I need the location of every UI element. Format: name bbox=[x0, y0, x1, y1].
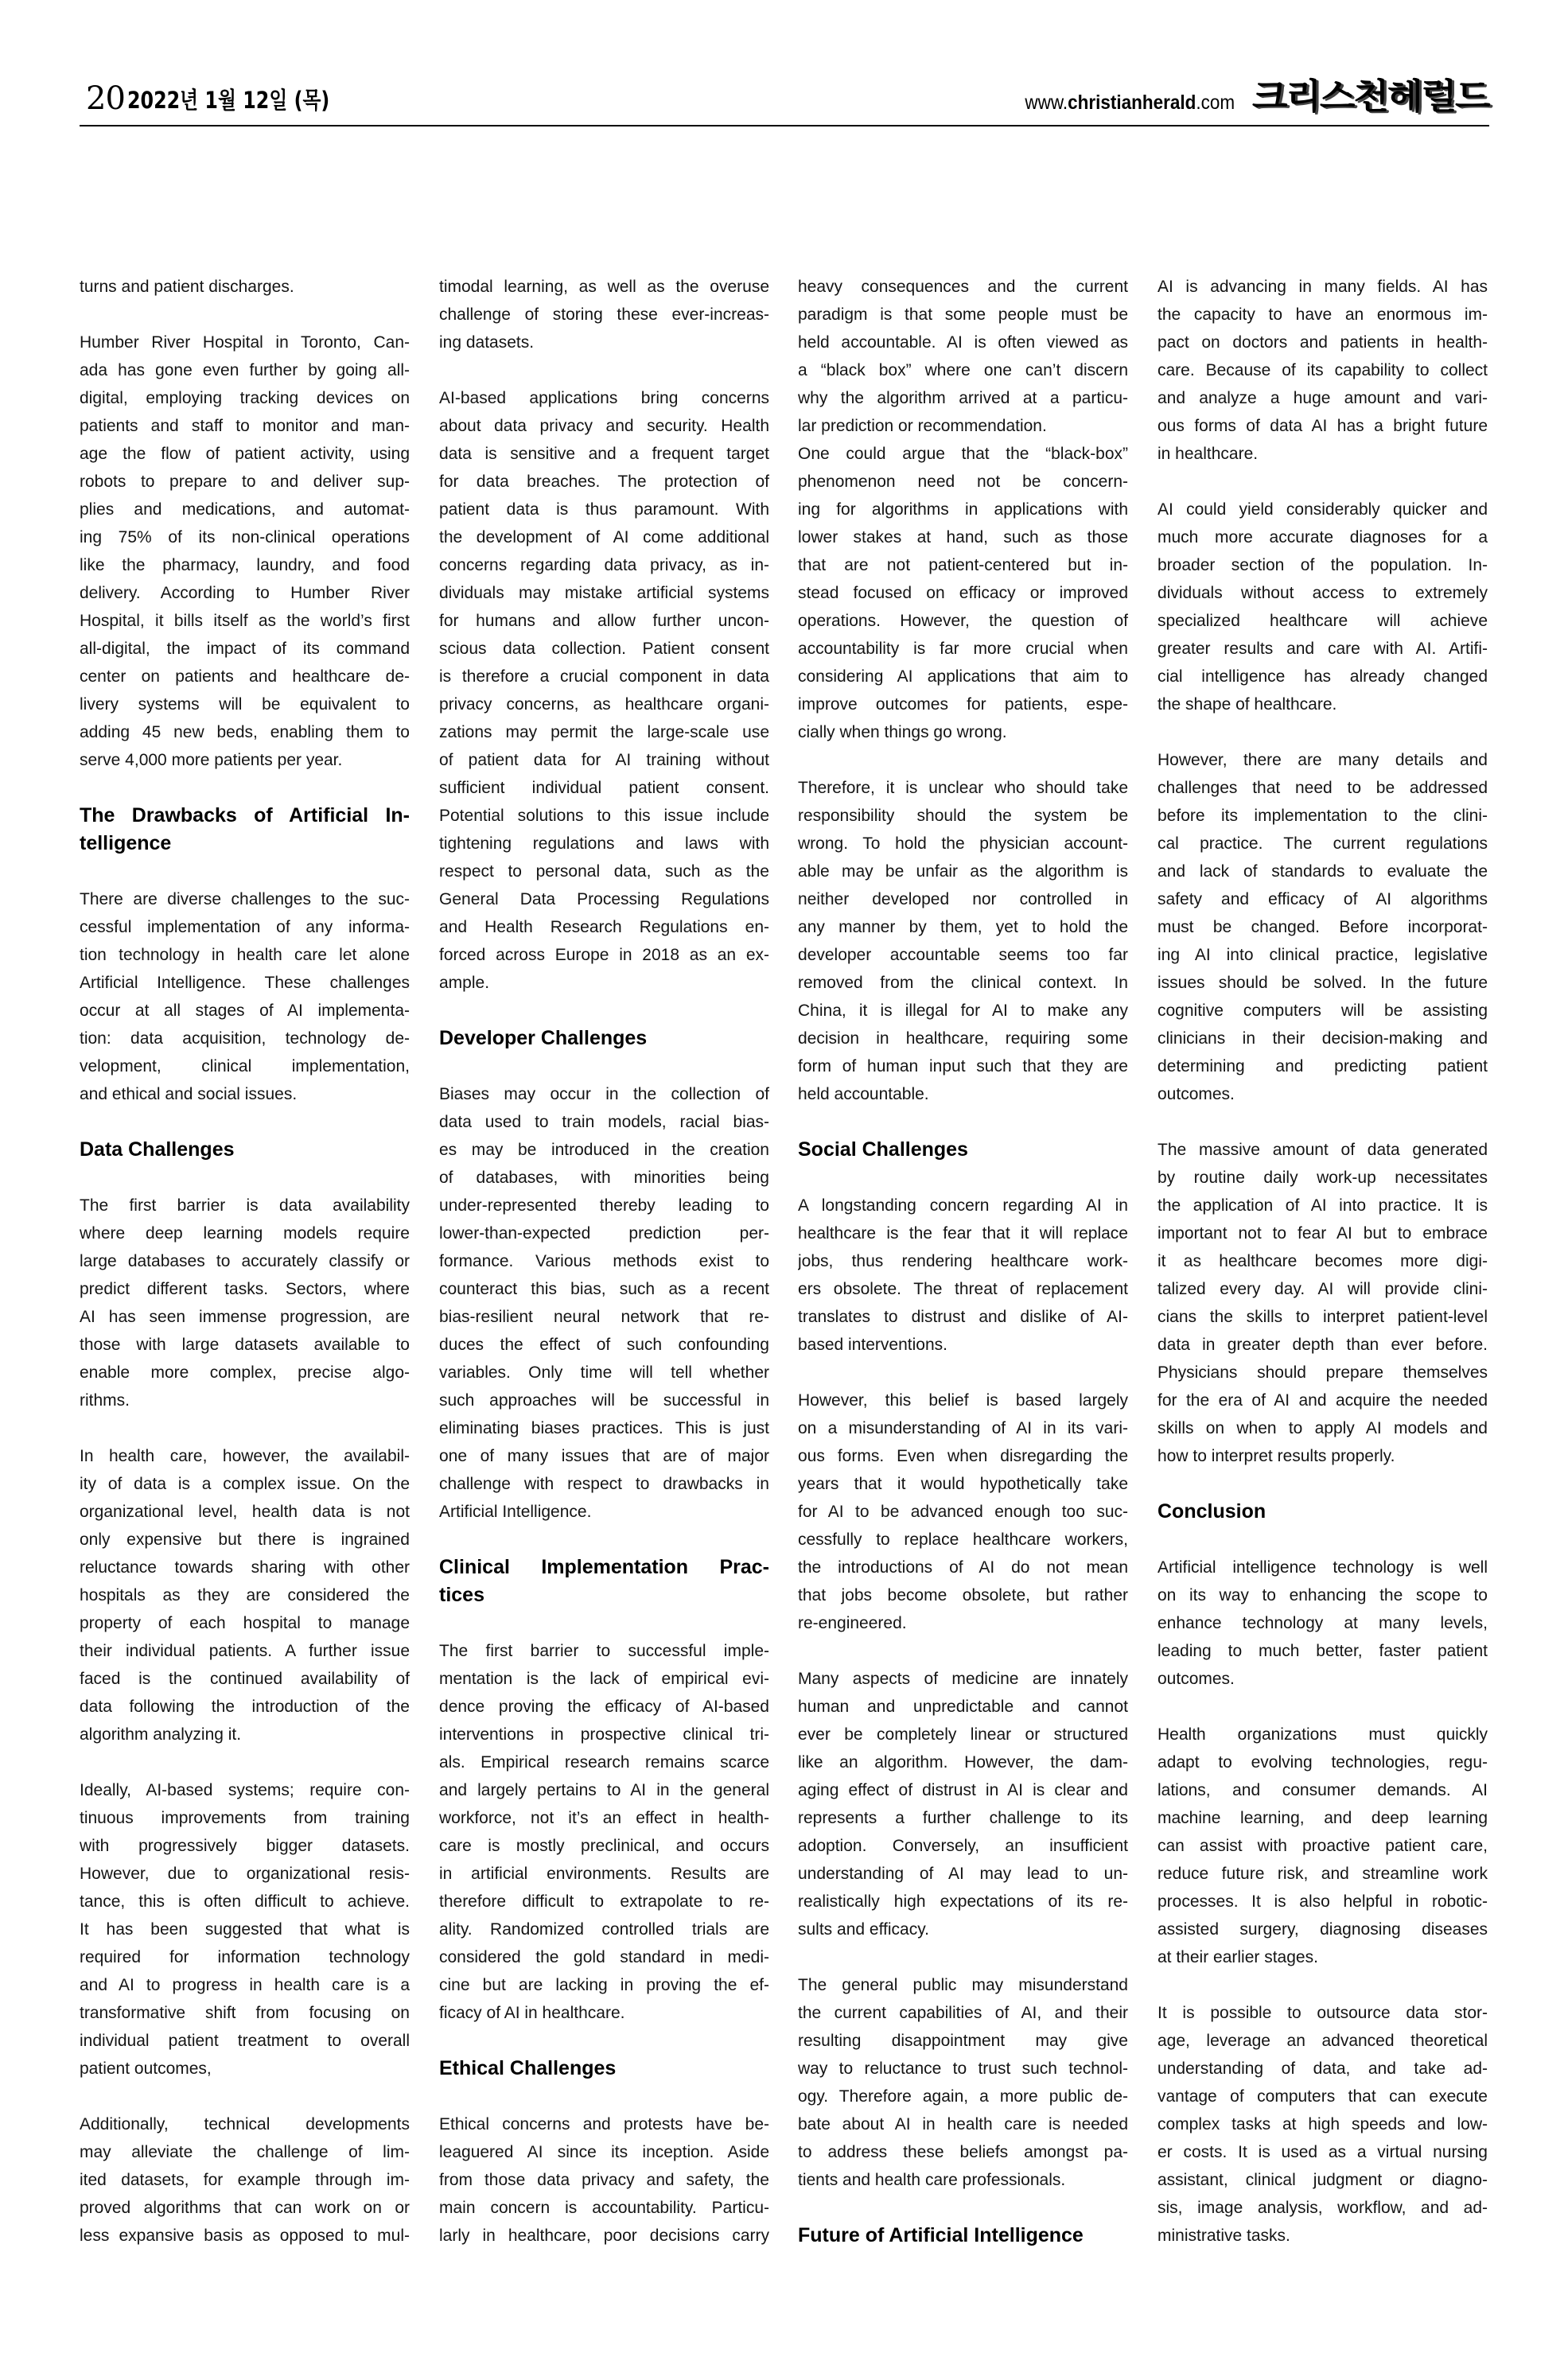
text-line: zations may permit the large-scale use bbox=[439, 718, 769, 746]
text-line: broader section of the population. In- bbox=[1158, 551, 1488, 579]
text-line: able may be unfair as the algorithm is bbox=[798, 858, 1128, 885]
text-line: The general public may misunderstand bbox=[798, 1971, 1128, 1999]
text-line: However, this belief is based largely bbox=[798, 1387, 1128, 1414]
text-line: must be changed. Before incorporat- bbox=[1158, 913, 1488, 941]
text-line: The first barrier to successful imple- bbox=[439, 1637, 769, 1665]
text-line: on its way to enhancing the scope to bbox=[1158, 1581, 1488, 1609]
paragraph-gap bbox=[798, 2194, 1128, 2222]
text-line: Humber River Hospital in Toronto, Can- bbox=[80, 329, 410, 356]
text-line: data following the introduction of the bbox=[80, 1693, 410, 1721]
text-line: Ideally, AI-based systems; require con- bbox=[80, 1776, 410, 1804]
text-line: center on patients and healthcare de- bbox=[80, 663, 410, 690]
text-line: decision in healthcare, requiring some bbox=[798, 1025, 1128, 1052]
text-line: tance, this is often difficult to achiev… bbox=[80, 1888, 410, 1916]
text-line: ers obsolete. The threat of replacement bbox=[798, 1275, 1128, 1303]
text-line: There are diverse challenges to the suc- bbox=[80, 885, 410, 913]
paragraph-gap bbox=[1158, 468, 1488, 496]
text-line: Future of Artificial Intelligence bbox=[798, 2222, 1128, 2250]
text-line: how to interpret results properly. bbox=[1158, 1442, 1488, 1470]
text-line: Conclusion bbox=[1158, 1498, 1488, 1526]
text-line: one of many issues that are of major bbox=[439, 1442, 769, 1470]
text-line: ever be completely linear or structured bbox=[798, 1721, 1128, 1748]
paragraph: Biases may occur in the collection ofdat… bbox=[439, 1080, 769, 1526]
text-line: Therefore, it is unclear who should take bbox=[798, 774, 1128, 802]
section-heading: Social Challenges bbox=[798, 1136, 1128, 1164]
text-line: tices bbox=[439, 1581, 769, 1609]
paragraph: heavy consequences and the currentparadi… bbox=[798, 273, 1128, 440]
text-line: cal practice. The current regulations bbox=[1158, 830, 1488, 858]
text-line: like an algorithm. However, the dam- bbox=[798, 1748, 1128, 1776]
issue-date: 2022년 1월 12일 (목) bbox=[127, 86, 329, 115]
paragraph-gap bbox=[1158, 1108, 1488, 1136]
text-line: at their earlier stages. bbox=[1158, 1943, 1488, 1971]
text-line: aging effect of distrust in AI is clear … bbox=[798, 1776, 1128, 1804]
text-line: ality. Randomized controlled trials are bbox=[439, 1916, 769, 1943]
text-line: for AI to be advanced enough too suc- bbox=[798, 1498, 1128, 1526]
text-line: leaguered AI since its inception. Aside bbox=[439, 2138, 769, 2166]
paragraph: In health care, however, the availabil-i… bbox=[80, 1442, 410, 1748]
text-line: livery systems will be equivalent to bbox=[80, 690, 410, 718]
text-line: sis, image analysis, workflow, and ad- bbox=[1158, 2194, 1488, 2222]
text-line: proved algorithms that can work on or bbox=[80, 2194, 410, 2222]
text-line: understanding of AI may lead to un- bbox=[798, 1860, 1128, 1888]
section-heading: Data Challenges bbox=[80, 1136, 410, 1164]
text-line: Health organizations must quickly bbox=[1158, 1721, 1488, 1748]
paragraph: Ethical concerns and protests have be-le… bbox=[439, 2110, 769, 2250]
text-line: considering AI applications that aim to bbox=[798, 663, 1128, 690]
text-line: dence proving the efficacy of AI-based bbox=[439, 1693, 769, 1721]
text-line: those with large datasets available to bbox=[80, 1331, 410, 1359]
website-domain: christianherald bbox=[1068, 91, 1196, 114]
text-line: improve outcomes for patients, espe- bbox=[798, 690, 1128, 718]
paragraph: The general public may misunderstandthe … bbox=[798, 1971, 1128, 2194]
text-line: resulting disappointment may give bbox=[798, 2027, 1128, 2055]
text-line: data in greater depth than ever before. bbox=[1158, 1331, 1488, 1359]
paragraph: The first barrier to successful imple-me… bbox=[439, 1637, 769, 2027]
text-line: ous forms of data AI has a bright future bbox=[1158, 412, 1488, 440]
text-line: can assist with proactive patient care, bbox=[1158, 1832, 1488, 1860]
paragraph-gap bbox=[439, 2083, 769, 2110]
text-line: The massive amount of data generated bbox=[1158, 1136, 1488, 1164]
text-line: vantage of computers that can execute bbox=[1158, 2083, 1488, 2110]
text-line: property of each hospital to manage bbox=[80, 1609, 410, 1637]
text-line: ada has gone even further by going all- bbox=[80, 356, 410, 384]
text-line: the shape of healthcare. bbox=[1158, 690, 1488, 718]
text-line: enhance technology at many levels, bbox=[1158, 1609, 1488, 1637]
paragraph-gap bbox=[439, 1526, 769, 1554]
text-line: A longstanding concern regarding AI in bbox=[798, 1192, 1128, 1219]
text-line: required for information technology bbox=[80, 1943, 410, 1971]
paragraph-gap bbox=[798, 1359, 1128, 1387]
text-line: It has been suggested that what is bbox=[80, 1916, 410, 1943]
text-line: and AI to progress in health care is a bbox=[80, 1971, 410, 1999]
text-line: robots to prepare to and deliver sup- bbox=[80, 468, 410, 496]
text-line: cians the skills to interpret patient-le… bbox=[1158, 1303, 1488, 1331]
text-line: translates to distrust and dislike of AI… bbox=[798, 1303, 1128, 1331]
text-line: tightening regulations and laws with bbox=[439, 830, 769, 858]
text-line: challenge with respect to drawbacks in bbox=[439, 1470, 769, 1498]
text-line: for humans and allow further uncon- bbox=[439, 607, 769, 635]
text-line: cine but are lacking in proving the ef- bbox=[439, 1971, 769, 1999]
paragraph: However, this belief is based largelyon … bbox=[798, 1387, 1128, 1637]
text-line: issues should be solved. In the future bbox=[1158, 969, 1488, 997]
text-line: the development of AI come additional bbox=[439, 523, 769, 551]
paragraph-gap bbox=[439, 1609, 769, 1637]
text-line: tinuous improvements from training bbox=[80, 1804, 410, 1832]
text-line: healthcare is the fear that it will repl… bbox=[798, 1219, 1128, 1247]
text-line: understanding of data, and take ad- bbox=[1158, 2055, 1488, 2083]
text-line: AI-based applications bring concerns bbox=[439, 384, 769, 412]
paragraph-gap bbox=[80, 1414, 410, 1442]
text-line: ample. bbox=[439, 969, 769, 997]
text-line: is therefore a crucial component in data bbox=[439, 663, 769, 690]
paragraph: AI is advancing in many fields. AI hasth… bbox=[1158, 273, 1488, 468]
text-line: ing 75% of its non-clinical operations bbox=[80, 523, 410, 551]
text-line: phenomenon need not be concern- bbox=[798, 468, 1128, 496]
text-line: rithms. bbox=[80, 1387, 410, 1414]
text-line: plies and medications, and automat- bbox=[80, 496, 410, 523]
text-line: pact on doctors and patients in health- bbox=[1158, 329, 1488, 356]
text-line: talized every day. AI will provide clini… bbox=[1158, 1275, 1488, 1303]
text-line: jobs, thus rendering healthcare work- bbox=[798, 1247, 1128, 1275]
text-line: privacy concerns, as healthcare organi- bbox=[439, 690, 769, 718]
text-line: challenges that need to be addressed bbox=[1158, 774, 1488, 802]
paragraph: AI could yield considerably quicker andm… bbox=[1158, 496, 1488, 718]
text-line: enable more complex, precise algo- bbox=[80, 1359, 410, 1387]
text-line: forced across Europe in 2018 as an ex- bbox=[439, 941, 769, 969]
text-line: sults and efficacy. bbox=[798, 1916, 1128, 1943]
text-line: AI is advancing in many fields. AI has bbox=[1158, 273, 1488, 301]
text-line: on a misunderstanding of AI in its vari- bbox=[798, 1414, 1128, 1442]
newspaper-logo: 크리스천헤럴드 bbox=[1252, 76, 1489, 118]
paragraph: Many aspects of medicine are innatelyhum… bbox=[798, 1665, 1128, 1943]
text-line: and lack of standards to evaluate the bbox=[1158, 858, 1488, 885]
paragraph-gap bbox=[80, 2083, 410, 2110]
text-line: and ethical and social issues. bbox=[80, 1080, 410, 1108]
text-line: adapt to evolving technologies, regu- bbox=[1158, 1748, 1488, 1776]
text-line: specialized healthcare will achieve bbox=[1158, 607, 1488, 635]
text-line: clinicians in their decision-making and bbox=[1158, 1025, 1488, 1052]
text-line: the current capabilities of AI, and thei… bbox=[798, 1999, 1128, 2027]
text-line: developer accountable seems too far bbox=[798, 941, 1128, 969]
page-header: 20 2022년 1월 12일 (목) www.christianherald.… bbox=[80, 76, 1489, 126]
text-line: als. Empirical research remains scarce bbox=[439, 1748, 769, 1776]
text-line: ing for algorithms in applications with bbox=[798, 496, 1128, 523]
text-line: and analyze a huge amount and vari- bbox=[1158, 384, 1488, 412]
text-line: patient data is thus paramount. With bbox=[439, 496, 769, 523]
text-line: counteract this bias, such as a recent bbox=[439, 1275, 769, 1303]
text-line: age the flow of patient activity, using bbox=[80, 440, 410, 468]
text-line: age, leverage an advanced theoretical bbox=[1158, 2027, 1488, 2055]
text-line: data is sensitive and a frequent target bbox=[439, 440, 769, 468]
text-line: patients and staff to monitor and man- bbox=[80, 412, 410, 440]
text-line: interventions in prospective clinical tr… bbox=[439, 1721, 769, 1748]
text-line: One could argue that the “black-box” bbox=[798, 440, 1128, 468]
text-line: with progressively bigger datasets. bbox=[80, 1832, 410, 1860]
text-line: to address these beliefs amongst pa- bbox=[798, 2138, 1128, 2166]
text-line: larly in healthcare, poor decisions carr… bbox=[439, 2222, 769, 2250]
paragraph-gap bbox=[1158, 1971, 1488, 1999]
paragraph-gap bbox=[80, 1108, 410, 1136]
paragraph-gap bbox=[439, 1052, 769, 1080]
text-line: dividuals may mistake artificial systems bbox=[439, 579, 769, 607]
text-line: individual patient treatment to overall bbox=[80, 2027, 410, 2055]
text-line: Many aspects of medicine are innately bbox=[798, 1665, 1128, 1693]
website-prefix: www. bbox=[1025, 91, 1068, 114]
text-line: heavy consequences and the current bbox=[798, 273, 1128, 301]
text-line: delivery. According to Humber River bbox=[80, 579, 410, 607]
text-line: ministrative tasks. bbox=[1158, 2222, 1488, 2250]
paragraph-gap bbox=[798, 1637, 1128, 1665]
text-line: eliminating biases practices. This is ju… bbox=[439, 1414, 769, 1442]
text-line: important not to fear AI but to embrace bbox=[1158, 1219, 1488, 1247]
text-line: However, there are many details and bbox=[1158, 746, 1488, 774]
text-line: Physicians should prepare themselves bbox=[1158, 1359, 1488, 1387]
paragraph-gap bbox=[80, 1164, 410, 1192]
paragraph: A longstanding concern regarding AI inhe… bbox=[798, 1192, 1128, 1359]
text-line: assisted surgery, diagnosing diseases bbox=[1158, 1916, 1488, 1943]
text-line: held accountable. bbox=[798, 1080, 1128, 1108]
text-line: AI could yield considerably quicker and bbox=[1158, 496, 1488, 523]
text-line: the capacity to have an enormous im- bbox=[1158, 301, 1488, 329]
text-line: velopment, clinical implementation, bbox=[80, 1052, 410, 1080]
text-line: ficacy of AI in healthcare. bbox=[439, 1999, 769, 2027]
paragraph: Ideally, AI-based systems; require con-t… bbox=[80, 1776, 410, 2083]
text-line: tients and health care professionals. bbox=[798, 2166, 1128, 2194]
text-line: wrong. To hold the physician account- bbox=[798, 830, 1128, 858]
section-heading: Clinical Implementation Prac-tices bbox=[439, 1554, 769, 1609]
text-line: er costs. It is used as a virtual nursin… bbox=[1158, 2138, 1488, 2166]
article-column-1: turns and patient discharges.Humber Rive… bbox=[80, 273, 410, 2250]
text-line: form of human input such that they are bbox=[798, 1052, 1128, 1080]
text-line: by routine daily work-up necessitates bbox=[1158, 1164, 1488, 1192]
text-line: skills on when to apply AI models and bbox=[1158, 1414, 1488, 1442]
text-line: AI has seen immense progression, are bbox=[80, 1303, 410, 1331]
text-line: reluctance towards sharing with other bbox=[80, 1554, 410, 1581]
text-line: Ethical concerns and protests have be- bbox=[439, 2110, 769, 2138]
text-line: re-engineered. bbox=[798, 1609, 1128, 1637]
text-line: bias-resilient neural network that re- bbox=[439, 1303, 769, 1331]
text-line: human and unpredictable and cannot bbox=[798, 1693, 1128, 1721]
paragraph: Humber River Hospital in Toronto, Can-ad… bbox=[80, 329, 410, 774]
paragraph: turns and patient discharges. bbox=[80, 273, 410, 301]
text-line: Developer Challenges bbox=[439, 1025, 769, 1052]
text-line: However, due to organizational resis- bbox=[80, 1860, 410, 1888]
text-line: large databases to accurately classify o… bbox=[80, 1247, 410, 1275]
paragraph: One could argue that the “black-box”phen… bbox=[798, 440, 1128, 746]
text-line: Social Challenges bbox=[798, 1136, 1128, 1164]
text-line: formance. Various methods exist to bbox=[439, 1247, 769, 1275]
text-line: a “black box” where one can’t discern bbox=[798, 356, 1128, 384]
text-line: accountability is far more crucial when bbox=[798, 635, 1128, 663]
paragraph: It is possible to outsource data stor-ag… bbox=[1158, 1999, 1488, 2250]
text-line: removed from the clinical context. In bbox=[798, 969, 1128, 997]
article-column-4: AI is advancing in many fields. AI hasth… bbox=[1158, 273, 1488, 2250]
paragraph: Artificial intelligence technology is we… bbox=[1158, 1554, 1488, 1693]
text-line: represents a further challenge to its bbox=[798, 1804, 1128, 1832]
paragraph: Health organizations must quicklyadapt t… bbox=[1158, 1721, 1488, 1971]
paragraph: The massive amount of data generatedby r… bbox=[1158, 1136, 1488, 1470]
paragraph-gap bbox=[439, 2027, 769, 2055]
paragraph-gap bbox=[439, 356, 769, 384]
text-line: responsibility should the system be bbox=[798, 802, 1128, 830]
text-line: adding 45 new beds, enabling them to bbox=[80, 718, 410, 746]
paragraph-gap bbox=[1158, 718, 1488, 746]
text-line: much more accurate diagnoses for a bbox=[1158, 523, 1488, 551]
text-line: stead focused on efficacy or improved bbox=[798, 579, 1128, 607]
text-line: General Data Processing Regulations bbox=[439, 885, 769, 913]
text-line: ogy. Therefore again, a more public de- bbox=[798, 2083, 1128, 2110]
article-column-2: timodal learning, as well as the overuse… bbox=[439, 273, 769, 2250]
text-line: Hospital, it bills itself as the world’s… bbox=[80, 607, 410, 635]
text-line: cessfully to replace healthcare workers, bbox=[798, 1526, 1128, 1554]
text-line: serve 4,000 more patients per year. bbox=[80, 746, 410, 774]
text-line: data used to train models, racial bias- bbox=[439, 1108, 769, 1136]
text-line: ing datasets. bbox=[439, 329, 769, 356]
text-line: care. Because of its capability to colle… bbox=[1158, 356, 1488, 384]
text-line: care is mostly preclinical, and occurs bbox=[439, 1832, 769, 1860]
text-line: lower stakes at hand, such as those bbox=[798, 523, 1128, 551]
section-heading: Developer Challenges bbox=[439, 1025, 769, 1052]
text-line: Ethical Challenges bbox=[439, 2055, 769, 2083]
website-suffix: .com bbox=[1196, 91, 1235, 114]
text-line: lar prediction or recommendation. bbox=[798, 412, 1128, 440]
text-line: predict different tasks. Sectors, where bbox=[80, 1275, 410, 1303]
text-line: processes. It is also helpful in robotic… bbox=[1158, 1888, 1488, 1916]
article-column-3: heavy consequences and the currentparadi… bbox=[798, 273, 1128, 2250]
text-line: challenge of storing these ever-increas- bbox=[439, 301, 769, 329]
text-line: cial intelligence has already changed bbox=[1158, 663, 1488, 690]
text-line: where deep learning models require bbox=[80, 1219, 410, 1247]
paragraph-gap bbox=[80, 301, 410, 329]
paragraph-gap bbox=[798, 1164, 1128, 1192]
text-line: cially when things go wrong. bbox=[798, 718, 1128, 746]
text-line: Clinical Implementation Prac- bbox=[439, 1554, 769, 1581]
text-line: workforce, not it’s an effect in health- bbox=[439, 1804, 769, 1832]
text-line: of patient data for AI training without bbox=[439, 746, 769, 774]
text-line: lations, and consumer demands. AI bbox=[1158, 1776, 1488, 1804]
text-line: leading to much better, faster patient bbox=[1158, 1637, 1488, 1665]
text-line: tion technology in health care let alone bbox=[80, 941, 410, 969]
text-line: In health care, however, the availabil- bbox=[80, 1442, 410, 1470]
text-line: digital, employing tracking devices on bbox=[80, 384, 410, 412]
text-line: assistant, clinical judgment or diagno- bbox=[1158, 2166, 1488, 2194]
text-line: paradigm is that some people must be bbox=[798, 301, 1128, 329]
text-line: dividuals without access to extremely bbox=[1158, 579, 1488, 607]
text-line: way to reluctance to trust such technol- bbox=[798, 2055, 1128, 2083]
paragraph: AI-based applications bring concernsabou… bbox=[439, 384, 769, 997]
paragraph: There are diverse challenges to the suc-… bbox=[80, 885, 410, 1108]
text-line: Data Challenges bbox=[80, 1136, 410, 1164]
text-line: based interventions. bbox=[798, 1331, 1128, 1359]
paragraph-gap bbox=[798, 1108, 1128, 1136]
text-line: machine learning, and deep learning bbox=[1158, 1804, 1488, 1832]
text-line: why the algorithm arrived at a particu- bbox=[798, 384, 1128, 412]
text-line: ity of data is a complex issue. On the bbox=[80, 1470, 410, 1498]
text-line: respect to personal data, such as the bbox=[439, 858, 769, 885]
text-line: hospitals as they are considered the bbox=[80, 1581, 410, 1609]
text-line: greater results and care with AI. Artifi… bbox=[1158, 635, 1488, 663]
header-rule bbox=[80, 125, 1489, 126]
text-line: therefore difficult to extrapolate to re… bbox=[439, 1888, 769, 1916]
text-line: only expensive but there is ingrained bbox=[80, 1526, 410, 1554]
text-line: algorithm analyzing it. bbox=[80, 1721, 410, 1748]
text-line: that jobs become obsolete, but rather bbox=[798, 1581, 1128, 1609]
paragraph: However, there are many details andchall… bbox=[1158, 746, 1488, 1108]
text-line: Artificial Intelligence. bbox=[439, 1498, 769, 1526]
text-line: China, it is illegal for AI to make any bbox=[798, 997, 1128, 1025]
paragraph-gap bbox=[439, 997, 769, 1025]
text-line: Potential solutions to this issue includ… bbox=[439, 802, 769, 830]
text-line: scious data collection. Patient consent bbox=[439, 635, 769, 663]
text-line: safety and efficacy of AI algorithms bbox=[1158, 885, 1488, 913]
paragraph-gap bbox=[798, 1943, 1128, 1971]
paragraph: Additionally, technical developmentsmay … bbox=[80, 2110, 410, 2250]
text-line: timodal learning, as well as the overuse bbox=[439, 273, 769, 301]
paragraph: The first barrier is data availabilitywh… bbox=[80, 1192, 410, 1414]
text-line: tion: data acquisition, technology de- bbox=[80, 1025, 410, 1052]
section-heading: The Drawbacks of Artificial In-telligenc… bbox=[80, 802, 410, 858]
paragraph-gap bbox=[80, 1748, 410, 1776]
paragraph-gap bbox=[1158, 1693, 1488, 1721]
text-line: realistically high expectations of its r… bbox=[798, 1888, 1128, 1916]
text-line: Artificial Intelligence. These challenge… bbox=[80, 969, 410, 997]
text-line: main concern is accountability. Particu- bbox=[439, 2194, 769, 2222]
text-line: it as healthcare becomes more digi- bbox=[1158, 1247, 1488, 1275]
text-line: all-digital, the impact of its command bbox=[80, 635, 410, 663]
text-line: concerns regarding data privacy, as in- bbox=[439, 551, 769, 579]
text-line: like the pharmacy, laundry, and food bbox=[80, 551, 410, 579]
text-line: Biases may occur in the collection of bbox=[439, 1080, 769, 1108]
text-line: patient outcomes, bbox=[80, 2055, 410, 2083]
section-heading: Future of Artificial Intelligence bbox=[798, 2222, 1128, 2250]
text-line: occur at all stages of AI implementa- bbox=[80, 997, 410, 1025]
paragraph: Therefore, it is unclear who should take… bbox=[798, 774, 1128, 1108]
text-line: es may be introduced in the creation bbox=[439, 1136, 769, 1164]
text-line: complex tasks at high speeds and low- bbox=[1158, 2110, 1488, 2138]
text-line: turns and patient discharges. bbox=[80, 273, 410, 301]
text-line: organizational level, health data is not bbox=[80, 1498, 410, 1526]
section-heading: Conclusion bbox=[1158, 1498, 1488, 1526]
text-line: telligence bbox=[80, 830, 410, 858]
text-line: It is possible to outsource data stor- bbox=[1158, 1999, 1488, 2027]
text-line: that are not patient-centered but in- bbox=[798, 551, 1128, 579]
text-line: ing AI into clinical practice, legislati… bbox=[1158, 941, 1488, 969]
text-line: ited datasets, for example through im- bbox=[80, 2166, 410, 2194]
text-line: duces the effect of such confounding bbox=[439, 1331, 769, 1359]
text-line: sufficient individual patient consent. bbox=[439, 774, 769, 802]
text-line: such approaches will be successful in bbox=[439, 1387, 769, 1414]
text-line: from those data privacy and safety, the bbox=[439, 2166, 769, 2194]
text-line: bate about AI in health care is needed bbox=[798, 2110, 1128, 2138]
text-line: The Drawbacks of Artificial In- bbox=[80, 802, 410, 830]
text-line: The first barrier is data availability bbox=[80, 1192, 410, 1219]
paragraph-gap bbox=[1158, 1470, 1488, 1498]
page-number: 20 bbox=[86, 81, 125, 116]
text-line: in artificial environments. Results are bbox=[439, 1860, 769, 1888]
text-line: under-represented thereby leading to bbox=[439, 1192, 769, 1219]
text-line: faced is the continued availability of bbox=[80, 1665, 410, 1693]
text-line: lower-than-expected prediction per- bbox=[439, 1219, 769, 1247]
text-line: transformative shift from focusing on bbox=[80, 1999, 410, 2027]
text-line: Artificial intelligence technology is we… bbox=[1158, 1554, 1488, 1581]
text-line: in healthcare. bbox=[1158, 440, 1488, 468]
text-line: outcomes. bbox=[1158, 1080, 1488, 1108]
text-line: for data breaches. The protection of bbox=[439, 468, 769, 496]
text-line: their individual patients. A further iss… bbox=[80, 1637, 410, 1665]
paragraph: timodal learning, as well as the overuse… bbox=[439, 273, 769, 356]
text-line: the introductions of AI do not mean bbox=[798, 1554, 1128, 1581]
